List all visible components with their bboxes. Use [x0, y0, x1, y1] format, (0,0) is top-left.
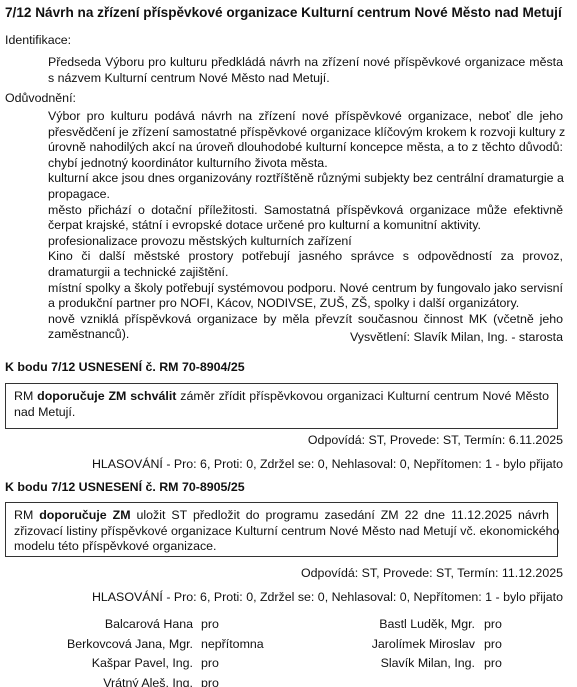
resolution-box: RM doporučuje ZM schválit záměr zřídit p…: [5, 383, 558, 429]
member-vote: nepřítomna: [201, 637, 264, 651]
identification-label: Identifikace:: [5, 33, 71, 47]
justification-line: Kino či další městské prostory potřebují…: [48, 249, 563, 265]
member-vote: pro: [201, 676, 219, 687]
resolution-text-line: RM doporučuje ZM uložit ST předložit do …: [14, 508, 549, 524]
resolution-box: RM doporučuje ZM uložit ST předložit do …: [5, 502, 558, 557]
member-vote: pro: [201, 656, 219, 670]
resolution-text-line: nad Metují.: [14, 405, 549, 421]
resolution-text-line: RM doporučuje ZM schválit záměr zřídit p…: [14, 389, 549, 405]
council-member-name: Kašpar Pavel, Ing.: [92, 656, 193, 670]
justification-line: přesvědčení je zřízení samostatné příspě…: [48, 125, 563, 141]
member-vote: pro: [484, 656, 502, 670]
council-member-name: Jarolímek Miroslav: [372, 637, 475, 651]
responsible-line: Odpovídá: ST, Provede: ST, Termín: 11.12…: [301, 566, 563, 580]
council-member-name: Slavík Milan, Ing.: [381, 656, 475, 670]
member-vote: pro: [484, 617, 502, 631]
justification-line: Výbor pro kulturu podává návrh na zřízen…: [48, 109, 563, 125]
justification-line: čerpat krajské, státní i evropské dotace…: [48, 218, 563, 234]
identification-line: Předseda Výboru pro kulturu předkládá ná…: [48, 55, 563, 71]
justification-line: město přichází o dotační příležitosti. S…: [48, 203, 563, 219]
explanation-note: Vysvětlení: Slavík Milan, Ing. - starost…: [350, 330, 563, 344]
voting-result: HLASOVÁNÍ - Pro: 6, Proti: 0, Zdržel se:…: [92, 457, 563, 471]
justification-line: místní spolky a školy potřebují systémov…: [48, 281, 563, 297]
member-vote: pro: [484, 637, 502, 651]
justification-text: Výbor pro kulturu podává návrh na zřízen…: [48, 109, 563, 343]
justification-line: kulturní akce jsou dnes organizovány roz…: [48, 171, 563, 187]
resolution-verb: doporučuje ZM schválit: [37, 389, 176, 403]
council-member-name: Vrátný Aleš, Ing.: [103, 676, 193, 687]
justification-line: a produkční partner pro NOFI, Kácov, NOD…: [48, 296, 563, 312]
responsible-line: Odpovídá: ST, Provede: ST, Termín: 6.11.…: [308, 433, 563, 447]
member-vote: pro: [201, 617, 219, 631]
identification-text: Předseda Výboru pro kulturu předkládá ná…: [48, 55, 563, 86]
voting-result: HLASOVÁNÍ - Pro: 6, Proti: 0, Zdržel se:…: [92, 590, 563, 604]
council-member-name: Berkovcová Jana, Mgr.: [67, 637, 193, 651]
justification-line: dramaturgii a technické zajištění.: [48, 265, 563, 281]
justification-label: Odůvodnění:: [5, 91, 76, 105]
justification-line: profesionalizace provozu městských kultu…: [48, 234, 563, 250]
justification-line: chybí jednotný koordinátor kulturního ži…: [48, 156, 563, 172]
resolution-heading: K bodu 7/12 USNESENÍ č. RM 70-8904/25: [5, 360, 245, 374]
identification-line: s názvem Kulturní centrum Nové Město nad…: [48, 71, 563, 87]
resolution-text-line: zřizovací listiny příspěvkové organizace…: [14, 524, 549, 540]
justification-line: propagace.: [48, 187, 563, 203]
justification-line: úrovně nahodilých akcí na úroveň dlouhod…: [48, 140, 563, 156]
resolution-heading: K bodu 7/12 USNESENÍ č. RM 70-8905/25: [5, 480, 245, 494]
resolution-verb: doporučuje ZM: [39, 508, 130, 522]
agenda-item-title: 7/12 Návrh na zřízení příspěvkové organi…: [5, 5, 562, 20]
council-member-name: Balcarová Hana: [105, 617, 193, 631]
resolution-text-line: modelu této příspěvkové organizace.: [14, 539, 549, 555]
council-member-name: Bastl Luděk, Mgr.: [379, 617, 475, 631]
justification-line: nově vzniklá příspěvková organizace by m…: [48, 312, 563, 328]
